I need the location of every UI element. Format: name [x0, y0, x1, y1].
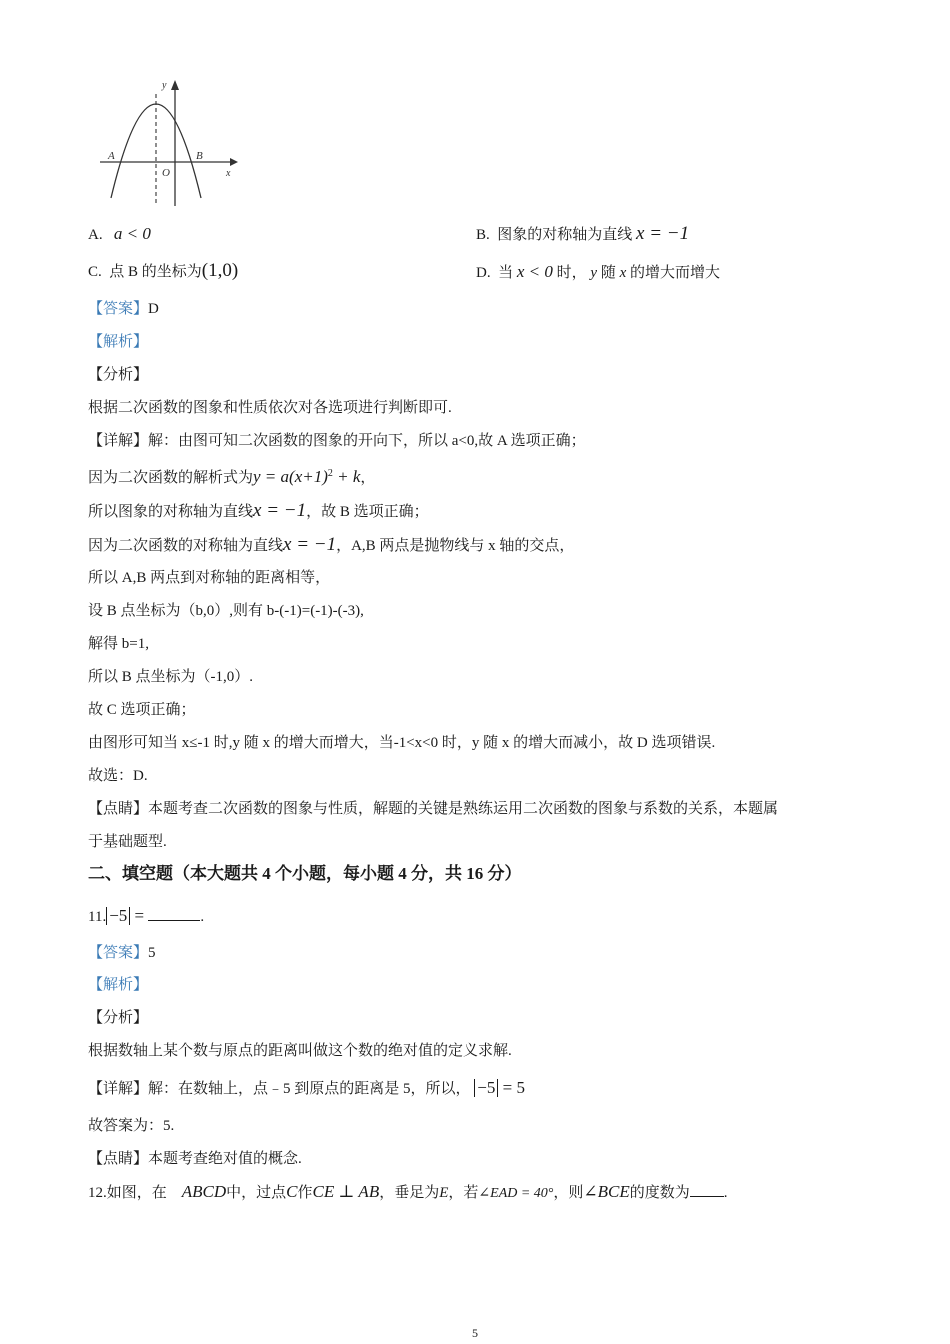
q10-answer: 【答案】D — [88, 299, 159, 319]
q10-detail-5: 所以 A,B 两点到对称轴的距离相等， — [88, 568, 330, 588]
q11-fenxi-tag: 【分析】 — [88, 1008, 148, 1028]
q10-dianjing-2: 于基础题型. — [88, 832, 167, 852]
q10-detail-11: 故选：D. — [88, 766, 148, 786]
option-d: D. 当 x < 0 时， y 随 x 的增大而增大 — [476, 261, 720, 284]
q10-detail-2: 因为二次函数的解析式为y = a(x+1)2 + k， — [88, 464, 375, 488]
svg-text:A: A — [107, 150, 115, 162]
svg-text:y: y — [161, 80, 167, 91]
q10-fenxi-tag: 【分析】 — [88, 365, 148, 385]
svg-text:x: x — [225, 168, 231, 179]
option-a-math: a < 0 — [114, 224, 151, 243]
q11-fenxi-text: 根据数轴上某个数与原点的距离叫做这个数的绝对值的定义求解. — [88, 1041, 512, 1061]
q10-detail-4: 因为二次函数的对称轴为直线x = −1，A,B 两点是抛物线与 x 轴的交点， — [88, 535, 574, 556]
q10-detail-3: 所以图象的对称轴为直线x = −1，故 B 选项正确； — [88, 501, 429, 522]
q11-dianjing: 【点睛】本题考查绝对值的概念. — [88, 1149, 302, 1169]
answer-tag: 【答案】 — [88, 301, 148, 317]
q11-conclusion: 故答案为：5. — [88, 1116, 174, 1136]
q11-analysis-tag: 【解析】 — [88, 975, 148, 995]
q11-answer: 【答案】5 — [88, 943, 156, 963]
q10-detail-1: 【详解】解：由图可知二次函数的图象的开向下，所以 a<0,故 A 选项正确； — [88, 431, 586, 451]
q12-question: 12.如图，在 ABCD中，过点C作CE ⊥ AB，垂足为E，若∠EAD = 4… — [88, 1182, 728, 1204]
q10-detail-8: 所以 B 点坐标为（-1,0）. — [88, 667, 253, 687]
answer-blank — [148, 906, 200, 921]
q10-detail-10: 由图形可知当 x≤-1 时,y 随 x 的增大而增大，当-1<x<0 时，y 随… — [88, 733, 715, 753]
q10-fenxi-text: 根据二次函数的图象和性质依次对各选项进行判断即可. — [88, 398, 452, 418]
option-b: B. 图象的对称轴为直线 x = −1 — [476, 223, 689, 246]
section-heading: 二、填空题（本大题共 4 个小题，每小题 4 分，共 16 分） — [88, 864, 522, 884]
page-number: 5 — [0, 1326, 950, 1341]
q10-detail-7: 解得 b=1, — [88, 634, 149, 654]
q10-dianjing-1: 【点睛】本题考查二次函数的图象与性质，解题的关键是熟练运用二次函数的图象与系数的… — [88, 799, 778, 819]
q10-analysis-tag: 【解析】 — [88, 332, 148, 352]
q10-detail-9: 故 C 选项正确； — [88, 700, 196, 720]
answer-blank — [690, 1182, 724, 1197]
document-page: y x A B O A. a < 0 B. 图象的对称轴为直线 x = −1 C… — [0, 0, 950, 1344]
parabola-graph-icon: y x A B O — [92, 74, 242, 210]
q11-question: 11.−5 = . — [88, 906, 204, 927]
option-b-math: x = −1 — [636, 223, 689, 244]
option-c-math: (1,0) — [202, 260, 238, 281]
parabola-figure: y x A B O — [92, 74, 242, 210]
q11-detail: 【详解】解：在数轴上，点﹣5 到原点的距离是 5，所以， −5 = 5 — [88, 1078, 525, 1099]
option-c: C. 点 B 的坐标为(1,0) — [88, 260, 238, 283]
svg-text:B: B — [196, 150, 203, 162]
option-a: A. a < 0 — [88, 223, 151, 246]
svg-text:O: O — [162, 167, 170, 179]
q10-detail-6: 设 B 点坐标为（b,0）,则有 b-(-1)=(-1)-(-3), — [88, 601, 364, 621]
